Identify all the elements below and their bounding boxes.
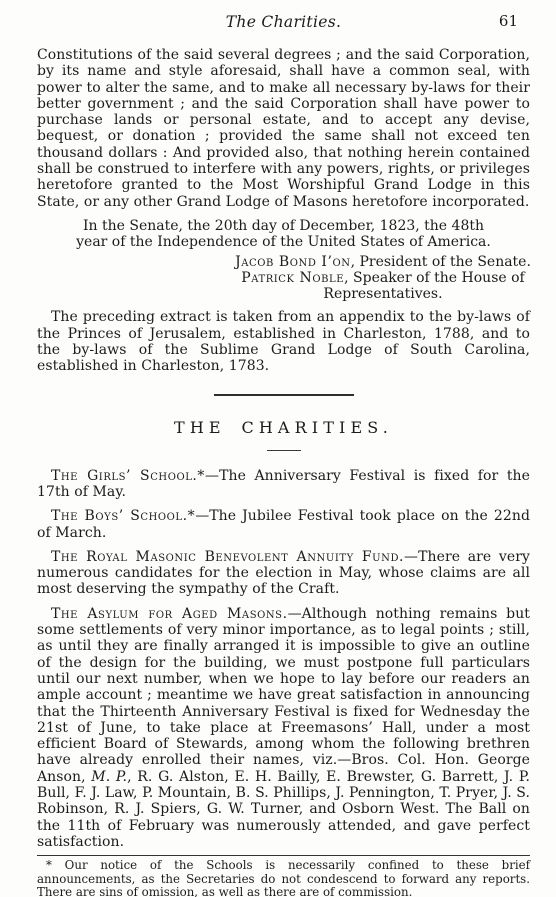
running-header: The Charities. 61 xyxy=(37,12,530,32)
signature-line-speaker: Patrick Noble, Speaker of the House of R… xyxy=(233,270,533,303)
section-subrule xyxy=(267,450,301,451)
footnote-rule xyxy=(37,855,530,856)
footnote-text: * Our notice of the Schools is necessari… xyxy=(37,859,530,897)
section-divider-rule xyxy=(214,394,354,396)
signature-office-president: , President of the Senate. xyxy=(351,254,531,270)
book-page: The Charities. 61 Constitutions of the s… xyxy=(0,0,556,897)
paragraph-extract-note: The preceding extract is taken from an a… xyxy=(37,309,530,374)
senate-attestation: In the Senate, the 20th day of December,… xyxy=(74,218,494,251)
paragraph-constitutions: Constitutions of the said several degree… xyxy=(37,47,530,210)
running-title: The Charities. xyxy=(226,13,341,31)
entry-boys-school: The Boys’ School.*—The Jubilee Festival … xyxy=(37,508,530,541)
page-number: 61 xyxy=(499,12,518,30)
entry-girls-school: The Girls’ School.*—The Anniversary Fest… xyxy=(37,468,530,501)
signature-name-president: Jacob Bond I’on xyxy=(235,254,351,270)
signature-name-speaker: Patrick Noble xyxy=(241,270,344,286)
footnote-block: * Our notice of the Schools is necessari… xyxy=(37,855,530,897)
entry-asylum-text-a: —Although nothing remains but some settl… xyxy=(37,606,530,785)
entry-girls-school-lead: The Girls’ School.* xyxy=(51,468,205,484)
signature-office-speaker: , Speaker of the House of Representative… xyxy=(323,270,524,302)
section-title: THE CHARITIES. xyxy=(37,418,530,437)
entry-annuity-fund: The Royal Masonic Benevolent Annuity Fun… xyxy=(37,549,530,598)
signature-line-president: Jacob Bond I’on, President of the Senate… xyxy=(233,254,533,270)
entry-asylum-mp-italic: M. P. xyxy=(91,769,127,785)
entry-boys-school-lead: The Boys’ School.* xyxy=(51,508,195,524)
signature-block: Jacob Bond I’on, President of the Senate… xyxy=(233,254,533,303)
entry-annuity-fund-lead: The Royal Masonic Benevolent Annuity Fun… xyxy=(51,549,404,565)
entry-asylum: The Asylum for Aged Masons.—Although not… xyxy=(37,606,530,850)
entry-asylum-lead: The Asylum for Aged Masons. xyxy=(51,606,288,622)
